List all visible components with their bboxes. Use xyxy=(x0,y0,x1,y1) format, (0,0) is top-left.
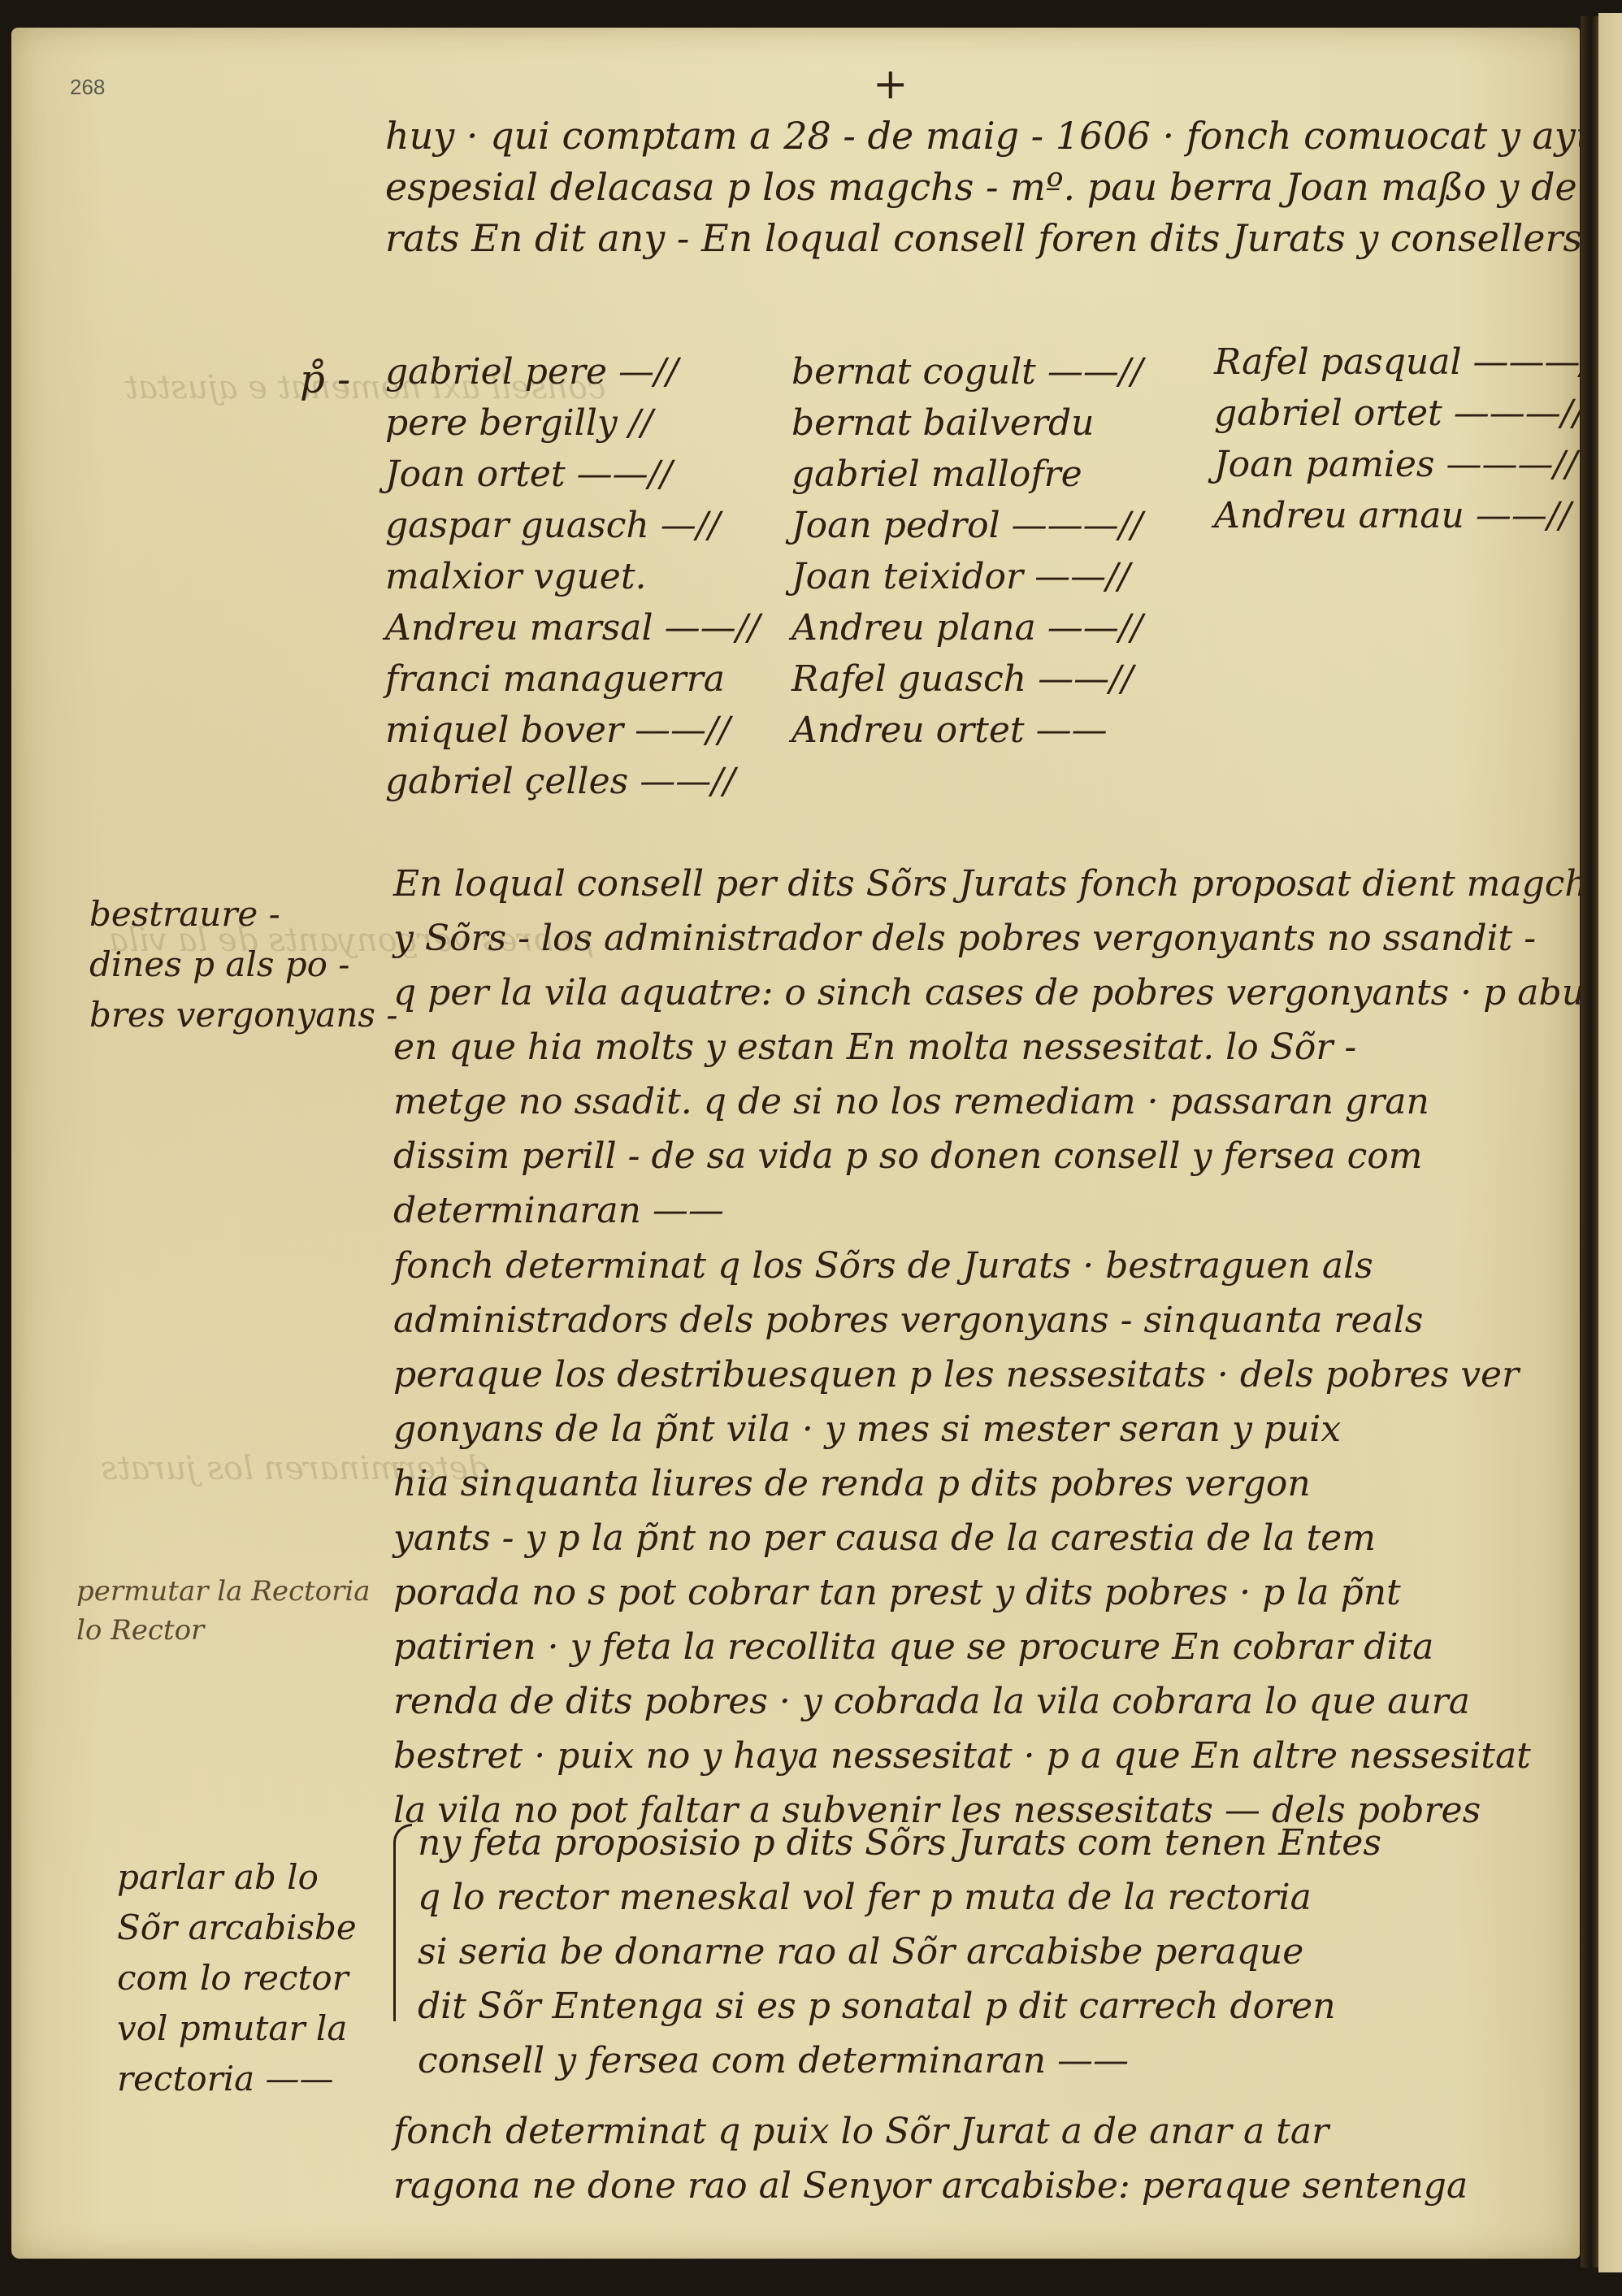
attendees-column-3: Rafel pasqual ———// gabriel ortet ———// … xyxy=(1214,336,1604,541)
attendee-name: franci managuerra xyxy=(385,653,760,705)
adjacent-page-edge xyxy=(1598,13,1622,2272)
attendee-name: Rafel pasqual ———// xyxy=(1214,336,1604,388)
folio-number: 268 xyxy=(70,75,105,100)
attendee-name: Andreu marsal ——// xyxy=(385,602,760,653)
header-line-3: rats En dit any - En loqual consell fore… xyxy=(385,215,1622,261)
attendee-name: Andreu arnau ——// xyxy=(1214,490,1604,541)
attendee-name: bernat bailverdu xyxy=(791,397,1143,449)
attendee-name: gabriel mallofre xyxy=(791,449,1143,500)
paragraph-determination-poor: fonch determinat q los Sõrs de Jurats · … xyxy=(393,1239,1531,1838)
attendee-name: Joan pamies ———// xyxy=(1214,439,1604,490)
paragraph-proposal: En loqual consell per dits Sõrs Jurats f… xyxy=(393,857,1622,1238)
attendee-name: Rafel guasch ——// xyxy=(791,653,1143,705)
attendee-name: Joan ortet ——// xyxy=(385,449,760,500)
present-mark: p̊ - xyxy=(300,357,350,402)
margin-bracket xyxy=(393,1824,412,2021)
attendees-column-1: gabriel pere —// pere bergilly // Joan o… xyxy=(385,346,760,807)
header-line-1: huy · qui comptam a 28 - de maig - 1606 … xyxy=(385,113,1622,158)
manuscript-page: consell axí nomenat e ajustat pobres ver… xyxy=(11,28,1580,2259)
attendee-name: Andreu ortet —— xyxy=(791,705,1143,756)
header-line-2: espesial delacasa p los magchs - mº. pau… xyxy=(385,164,1622,210)
attendee-name: pere bergilly // xyxy=(385,397,760,449)
attendee-name: Joan pedrol ———// xyxy=(791,500,1143,551)
attendee-name: gabriel ortet ———// xyxy=(1214,388,1604,439)
attendee-name: Joan teixidor ——// xyxy=(791,551,1143,602)
paragraph-rector-proposal: ny feta proposisio p dits Sõrs Jurats co… xyxy=(418,1816,1381,2088)
cross-mark: + xyxy=(873,60,909,109)
attendee-name: gaspar guasch —// xyxy=(385,500,760,551)
attendees-column-2: bernat cogult ——// bernat bailverdu gabr… xyxy=(791,346,1143,756)
attendee-name: bernat cogult ——// xyxy=(791,346,1143,397)
attendee-name: miquel bover ——// xyxy=(385,705,760,756)
margin-note-advance-money: bestraure - dines p als po - bres vergon… xyxy=(89,889,398,1040)
attendee-name: gabriel pere —// xyxy=(385,346,760,397)
attendee-name: malxior vguet. xyxy=(385,551,760,602)
margin-note-archbishop: parlar ab lo Sõr arcabisbe com lo rector… xyxy=(117,1852,357,2104)
margin-note-permute-rectory: permutar la Rectoria lo Rector xyxy=(76,1572,371,1650)
book-gutter xyxy=(1581,16,1598,2268)
attendee-name: gabriel çelles ——// xyxy=(385,756,760,807)
attendee-name: Andreu plana ——// xyxy=(791,602,1143,653)
paragraph-determination-archbishop: fonch determinat q puix lo Sõr Jurat a d… xyxy=(393,2104,1468,2213)
